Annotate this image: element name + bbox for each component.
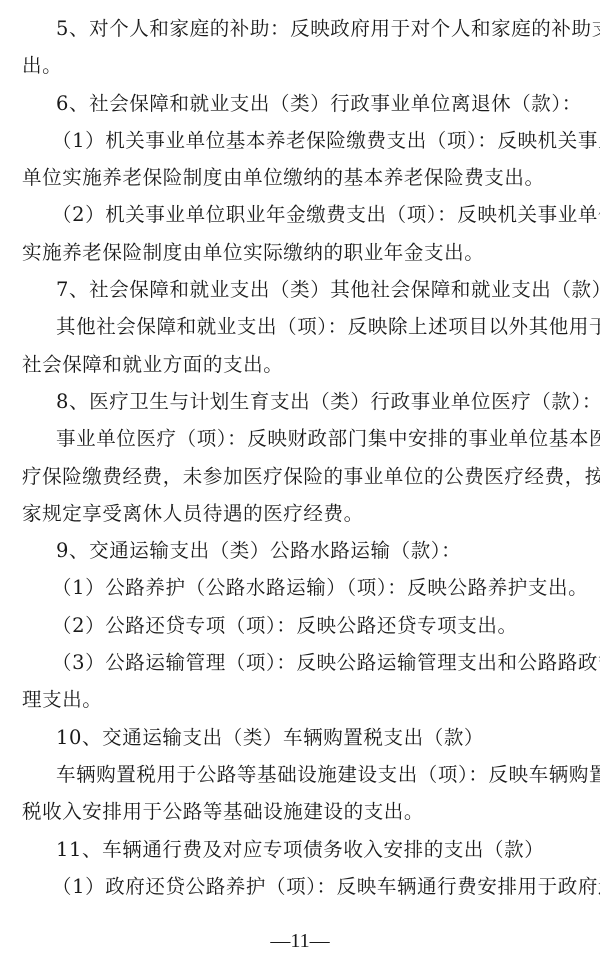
- text-line: 单位实施养老保险制度由单位缴纳的基本养老保险费支出。: [22, 159, 578, 196]
- text-line: 5、对个人和家庭的补助：反映政府用于对个人和家庭的补助支: [22, 10, 578, 47]
- text-line: （2）机关事业单位职业年金缴费支出（项）：反映机关事业单位: [22, 196, 578, 233]
- section-heading: 10、交通运输支出（类）车辆购置税支出（款）: [22, 719, 578, 756]
- text-line: 家规定享受离休人员待遇的医疗经费。: [22, 495, 578, 532]
- document-page: 5、对个人和家庭的补助：反映政府用于对个人和家庭的补助支 出。 6、社会保障和就…: [22, 10, 578, 905]
- text-line: 事业单位医疗（项）：反映财政部门集中安排的事业单位基本医: [22, 420, 578, 457]
- text-line: 疗保险缴费经费，未参加医疗保险的事业单位的公费医疗经费，按国: [22, 458, 578, 495]
- section-heading: 9、交通运输支出（类）公路水路运输（款）：: [22, 532, 578, 569]
- text-line: 税收入安排用于公路等基础设施建设的支出。: [22, 793, 578, 830]
- text-line: 理支出。: [22, 681, 578, 718]
- section-heading: 8、医疗卫生与计划生育支出（类）行政事业单位医疗（款）：: [22, 383, 578, 420]
- section-heading: 7、社会保障和就业支出（类）其他社会保障和就业支出（款）：: [22, 271, 578, 308]
- text-line: 实施养老保险制度由单位实际缴纳的职业年金支出。: [22, 234, 578, 271]
- text-line: （2）公路还贷专项（项）：反映公路还贷专项支出。: [22, 607, 578, 644]
- text-line: （3）公路运输管理（项）：反映公路运输管理支出和公路路政管: [22, 644, 578, 681]
- text-line: （1）公路养护（公路水路运输）（项）：反映公路养护支出。: [22, 569, 578, 606]
- text-line: 其他社会保障和就业支出（项）：反映除上述项目以外其他用于: [22, 308, 578, 345]
- page-number: —11—: [0, 930, 600, 953]
- text-line: （1）政府还贷公路养护（项）：反映车辆通行费安排用于政府还: [22, 868, 578, 905]
- section-heading: 11、车辆通行费及对应专项债务收入安排的支出（款）: [22, 831, 578, 868]
- text-line: 社会保障和就业方面的支出。: [22, 346, 578, 383]
- section-heading: 6、社会保障和就业支出（类）行政事业单位离退休（款）：: [22, 85, 578, 122]
- text-line: 车辆购置税用于公路等基础设施建设支出（项）：反映车辆购置: [22, 756, 578, 793]
- text-line: 出。: [22, 47, 578, 84]
- text-line: （1）机关事业单位基本养老保险缴费支出（项）：反映机关事业: [22, 122, 578, 159]
